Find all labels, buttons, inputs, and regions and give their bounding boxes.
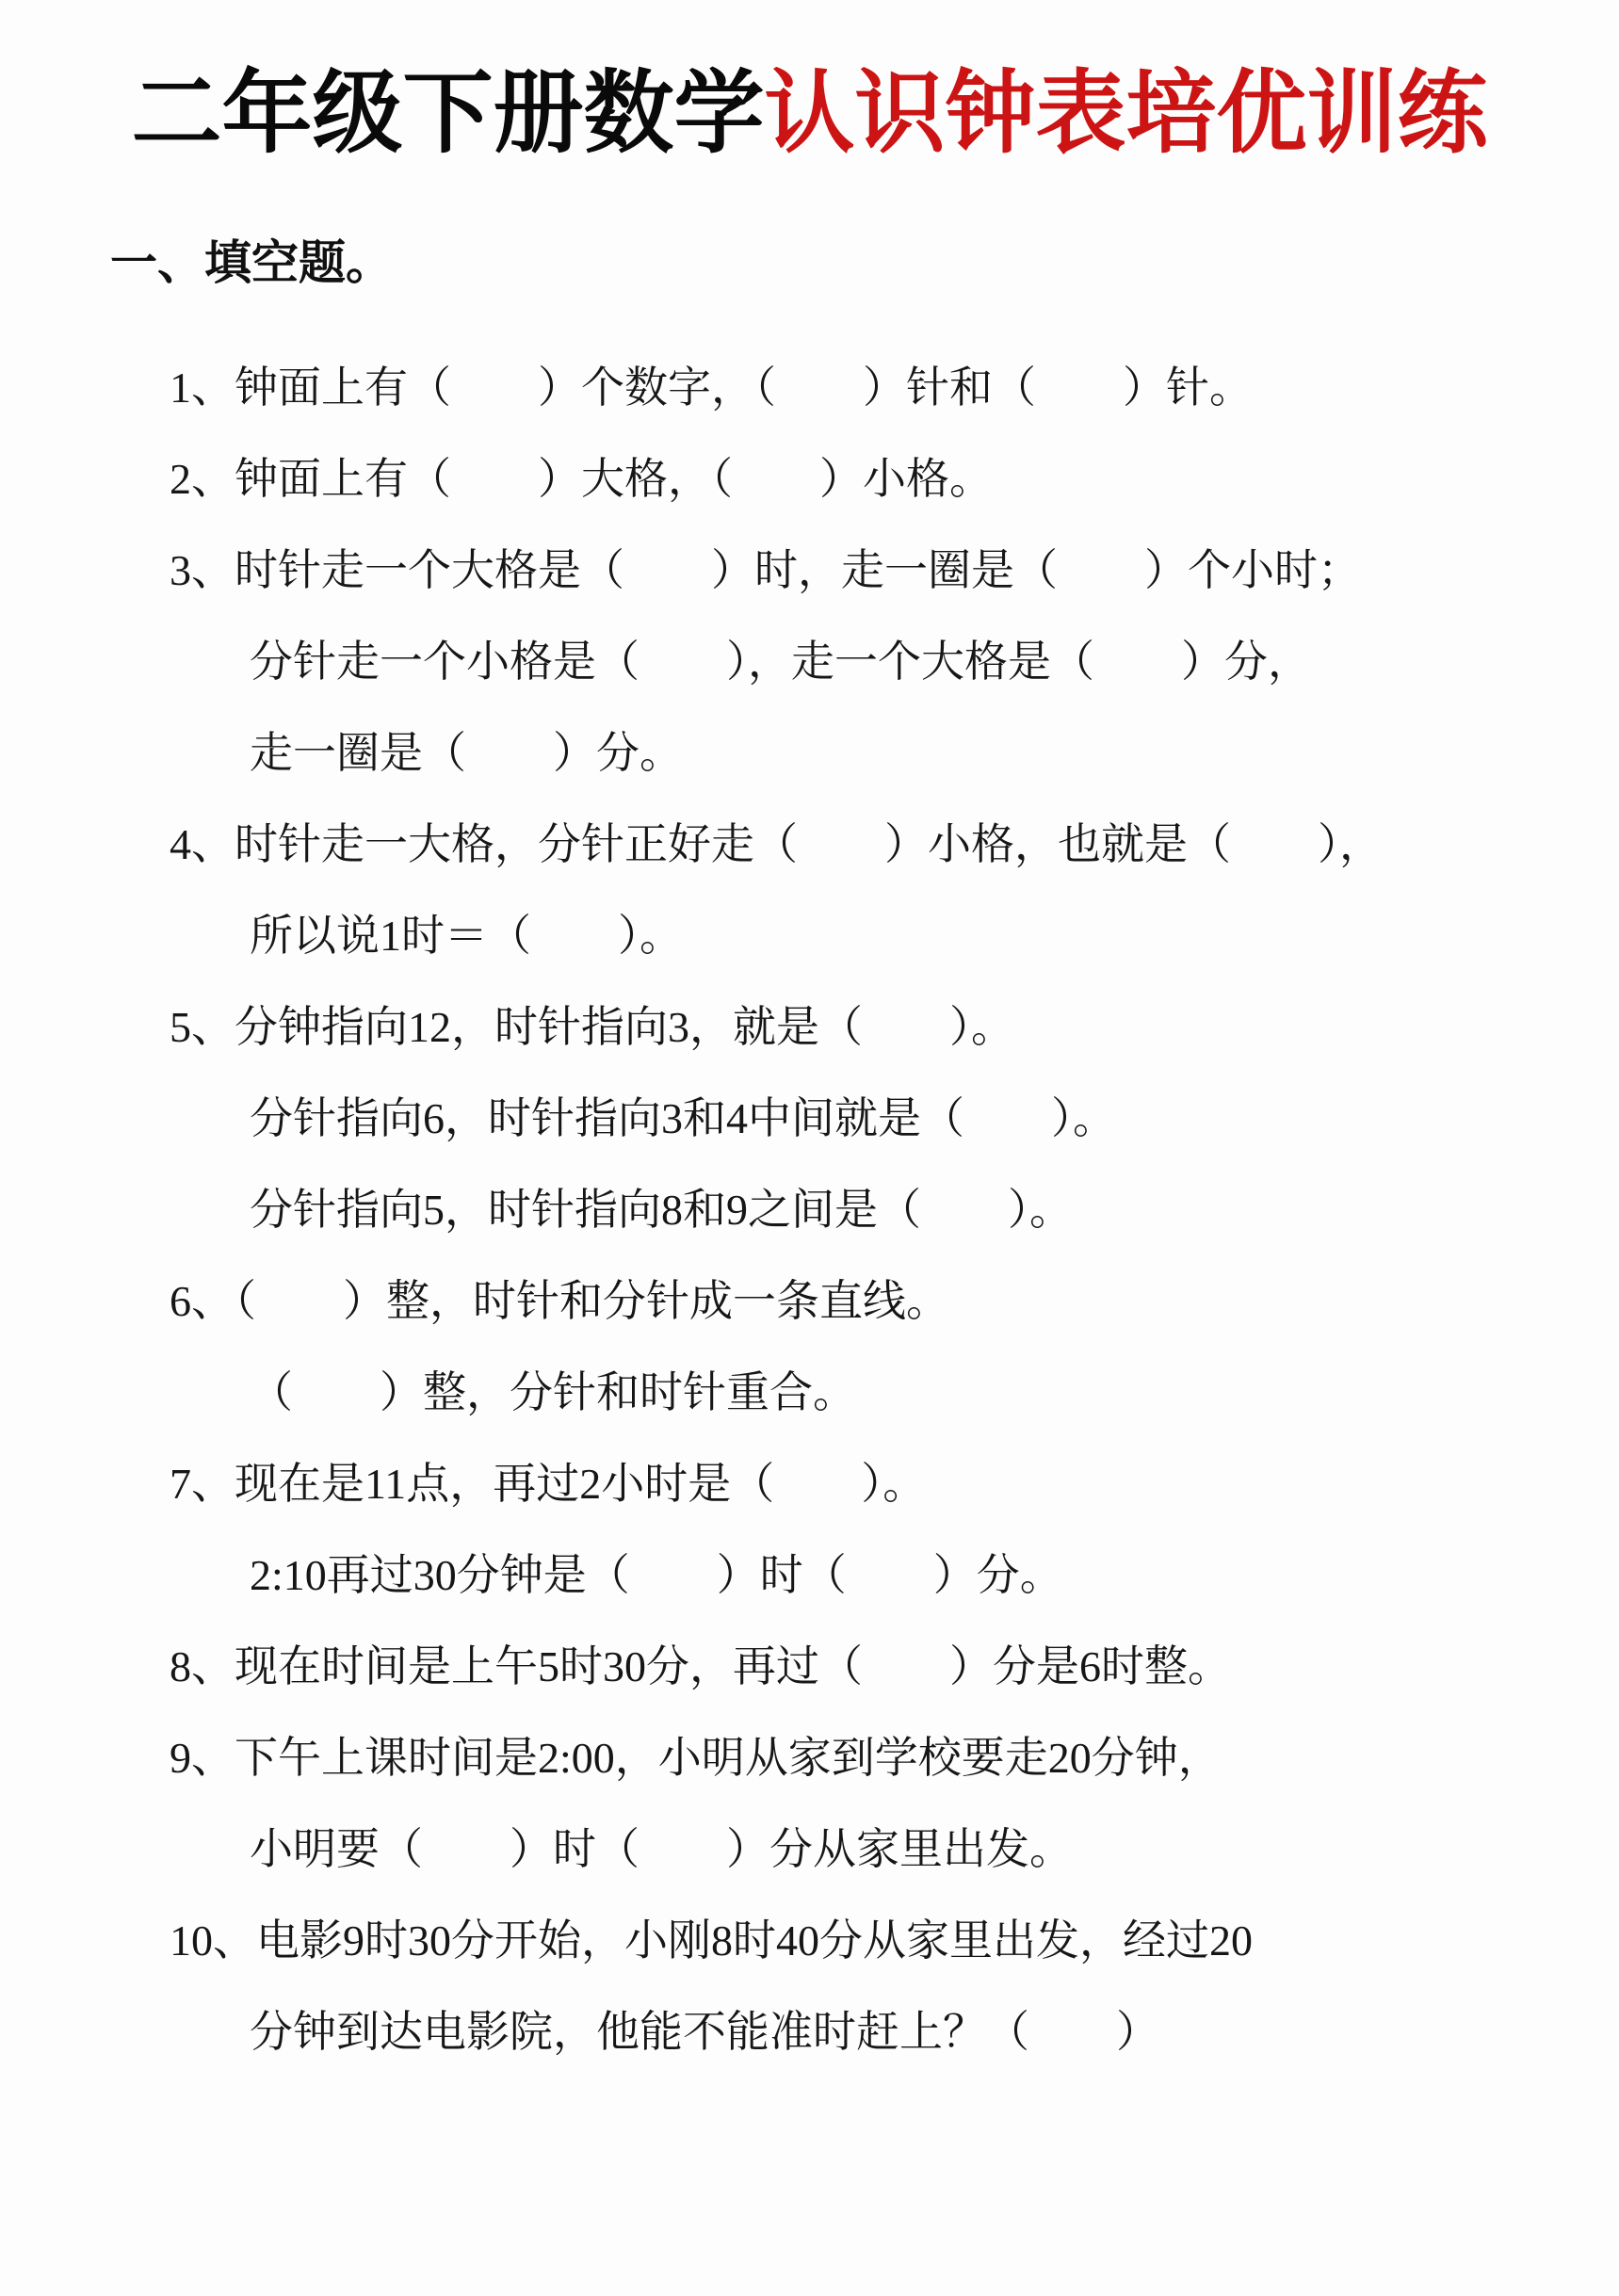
question-7-line-1: 7、现在是11点，再过2小时是（ ）。 <box>0 1438 1619 1529</box>
question-9-line-2: 小明要（ ）时（ ）分从家里出发。 <box>0 1803 1619 1895</box>
question-4-line-1: 4、时针走一大格，分针正好走（ ）小格，也就是（ ）， <box>0 799 1619 890</box>
question-10-line-1: 10、电影9时30分开始，小刚8时40分从家里出发，经过20 <box>0 1895 1619 1986</box>
question-3-line-1: 3、时针走一个大格是（ ）时，走一圈是（ ）个小时； <box>0 525 1619 616</box>
question-5-line-1: 5、分钟指向12，时针指向3，就是（ ）。 <box>0 981 1619 1073</box>
question-3-line-3: 走一圈是（ ）分。 <box>0 707 1619 799</box>
question-6-line-1: 6、（ ）整，时针和分针成一条直线。 <box>0 1255 1619 1347</box>
question-4-line-2: 所以说1时＝（ ）。 <box>0 890 1619 981</box>
section-heading: 一、填空题。 <box>110 237 393 289</box>
question-6-line-2: （ ）整，分针和时针重合。 <box>0 1347 1619 1438</box>
question-5-line-3: 分针指向5，时针指向8和9之间是（ ）。 <box>0 1164 1619 1255</box>
question-8: 8、现在时间是上午5时30分，再过（ ）分是6时整。 <box>0 1621 1619 1712</box>
question-1: 1、钟面上有（ ）个数字，（ ）针和（ ）针。 <box>0 342 1619 433</box>
question-3-line-2: 分针走一个小格是（ ），走一个大格是（ ）分， <box>0 616 1619 707</box>
page-title: 二年级下册数学认识钟表培优训练 <box>0 64 1619 164</box>
page-title-black: 二年级下册数学 <box>132 60 765 166</box>
question-7-line-2: 2:10再过30分钟是（ ）时（ ）分。 <box>0 1529 1619 1621</box>
question-9-line-1: 9、下午上课时间是2:00，小明从家到学校要走20分钟， <box>0 1712 1619 1803</box>
question-10-line-2: 分钟到达电影院，他能不能准时赶上？（ ） <box>0 1986 1619 2078</box>
question-2: 2、钟面上有（ ）大格，（ ）小格。 <box>0 433 1619 525</box>
page-title-red: 认识钟表培优训练 <box>765 60 1488 166</box>
worksheet-page: 二年级下册数学认识钟表培优训练 一、填空题。 1、钟面上有（ ）个数字，（ ）针… <box>0 0 1619 2296</box>
question-5-line-2: 分针指向6，时针指向3和4中间就是（ ）。 <box>0 1073 1619 1164</box>
question-list: 1、钟面上有（ ）个数字，（ ）针和（ ）针。 2、钟面上有（ ）大格，（ ）小… <box>0 342 1619 2078</box>
